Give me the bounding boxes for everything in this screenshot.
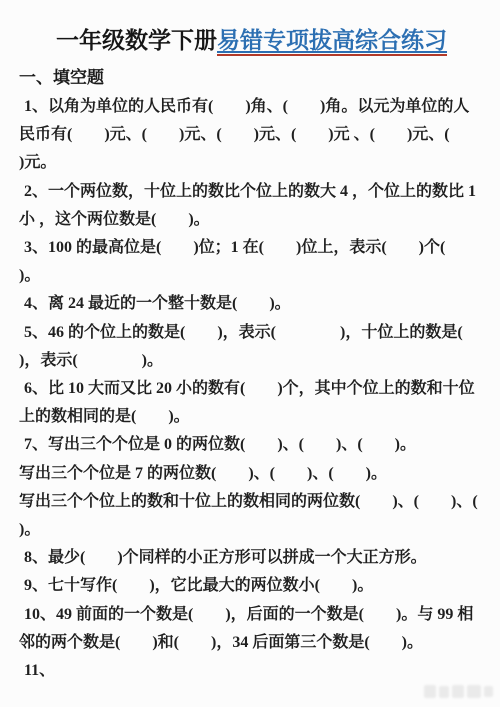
- question-text: 8、最少( )个同样的小正方形可以拼成一个大正方形。: [19, 544, 484, 572]
- question-text: 7、写出三个个位是 0 的两位数( )、( )、( )。: [19, 431, 484, 459]
- question-text: 2、一个两位数，十位上的数比个位上的数大 4 ，个位上的数比 1 小 ，这个两位…: [19, 178, 484, 234]
- watermark-logo: [424, 685, 493, 698]
- question-text: 写出三个个位是 7 的两位数( )、( )、( )。: [19, 460, 484, 488]
- question-text: 6、比 10 大而又比 20 小的数有( )个，其中个位上的数和十位上的数相同的…: [19, 375, 484, 431]
- watermark-glyph: [467, 685, 481, 698]
- watermark-glyph: [439, 686, 449, 698]
- title-highlight: 易错专项拔高综合练习: [217, 28, 447, 56]
- section-heading: 一、填空题: [19, 64, 484, 92]
- question-text: 9、七十写作( )，它比最大的两位数小( )。: [19, 572, 484, 600]
- question-text: 1、以角为单位的人民币有( )角、( )角。以元为单位的人民币有( )元、( )…: [19, 93, 484, 178]
- page-title: 一年级数学下册易错专项拔高综合练习: [19, 24, 484, 58]
- question-text: 10、49 前面的一个数是( )，后面的一个数是( )。与 99 相邻的两个数是…: [19, 601, 484, 657]
- question-text: 5、46 的个位上的数是( )，表示( )，十位上的数是( )，表示( )。: [19, 319, 484, 375]
- worksheet-page: 一年级数学下册易错专项拔高综合练习 一、填空题 1、以角为单位的人民币有( )角…: [0, 0, 500, 707]
- watermark-glyph: [484, 686, 493, 697]
- question-text: 3、100 的最高位是( )位；1 在( )位上，表示( )个( )。: [19, 234, 484, 290]
- question-text: 4、离 24 最近的一个整十数是( )。: [19, 290, 484, 318]
- watermark-glyph: [424, 685, 436, 698]
- question-text: 11、: [19, 657, 484, 685]
- title-prefix: 一年级数学下册: [56, 28, 217, 53]
- questions-list: 1、以角为单位的人民币有( )角、( )角。以元为单位的人民币有( )元、( )…: [19, 93, 484, 685]
- watermark-glyph: [452, 685, 464, 698]
- question-text: 写出三个个位上的数和十位上的数相同的两位数( )、( )、( )。: [19, 488, 484, 544]
